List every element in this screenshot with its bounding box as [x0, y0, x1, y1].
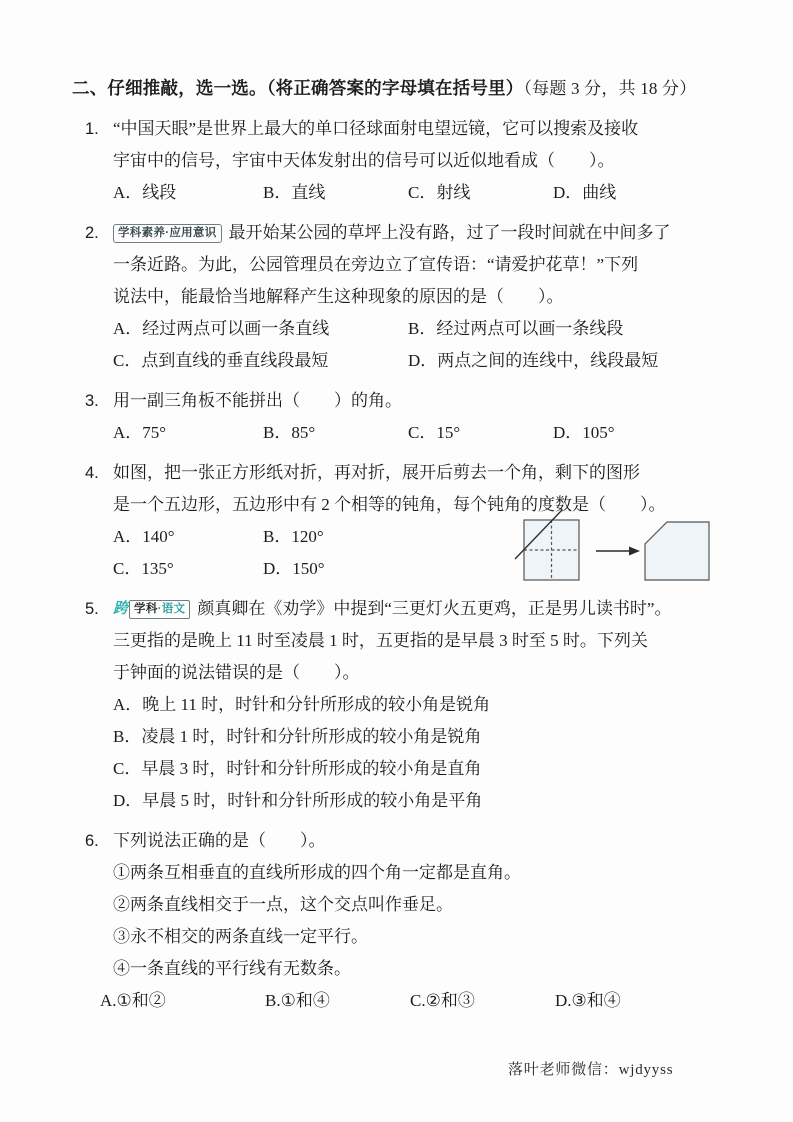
- q5-stem-line-1: 跨学科·语文颜真卿在《劝学》中提到“三更灯火五更鸡，正是男儿读书时”。: [113, 593, 753, 625]
- q2-stem-line-3: 说法中，能最恰当地解释产生这种现象的原因的是（ ）。: [113, 281, 753, 313]
- q3-option-c: C．15°: [408, 417, 553, 449]
- q4-option-a: A．140°: [113, 521, 263, 553]
- question-1-number: 1.: [85, 113, 113, 209]
- section-score: （每题 3 分，共 18 分）: [523, 79, 696, 98]
- pentagon-diagram: [645, 522, 709, 580]
- q2-option-c: C．点到直线的垂直线段最短: [113, 345, 408, 377]
- q6-option-a: A.①和②: [100, 985, 265, 1017]
- q2-options-row-1: A．经过两点可以画一条直线 B．经过两点可以画一条线段: [113, 313, 753, 345]
- footer-contact: 落叶老师微信：wjdyyss: [508, 1058, 673, 1079]
- section-header: 二、仔细推敲，选一选。（将正确答案的字母填在括号里）（每题 3 分，共 18 分…: [72, 72, 753, 105]
- q3-option-b: B．85°: [263, 417, 408, 449]
- q2-stem-line-1: 学科素养·应用意识最开始某公园的草坪上没有路，过了一段时间就在中间多了: [113, 217, 753, 249]
- q6-option-c: C.②和③: [410, 985, 555, 1017]
- q3-options: A．75° B．85° C．15° D．105°: [113, 417, 753, 449]
- section-title: 二、仔细推敲，选一选。（将正确答案的字母填在括号里）: [72, 78, 523, 98]
- question-4: 4. 如图，把一张正方形纸对折，再对折，展开后剪去一个角，剩下的图形 是一个五边…: [72, 457, 753, 585]
- page: 二、仔细推敲，选一选。（将正确答案的字母填在括号里）（每题 3 分，共 18 分…: [0, 0, 793, 1017]
- question-2-number: 2.: [85, 217, 113, 377]
- q1-option-a: A．线段: [113, 177, 263, 209]
- question-2: 2. 学科素养·应用意识最开始某公园的草坪上没有路，过了一段时间就在中间多了 一…: [72, 217, 753, 377]
- question-4-number: 4.: [85, 457, 113, 585]
- question-6: 6. 下列说法正确的是（ ）。 ①两条互相垂直的直线所形成的四个角一定都是直角。…: [72, 825, 753, 1017]
- q4-stem-line-1: 如图，把一张正方形纸对折，再对折，展开后剪去一个角，剩下的图形: [113, 457, 753, 489]
- q4-option-b: B．120°: [263, 521, 324, 553]
- arrow-icon: [596, 547, 640, 556]
- q5-stem-line-2: 三更指的是晚上 11 时至凌晨 1 时，五更指的是早晨 3 时至 5 时。下列关: [113, 625, 753, 657]
- question-3: 3. 用一副三角板不能拼出（ ）的角。 A．75° B．85° C．15° D．…: [72, 385, 753, 449]
- q5-option-c: C．早晨 3 时，时针和分针所形成的较小角是直角: [113, 753, 753, 785]
- q6-statement-3: ③永不相交的两条直线一定平行。: [113, 921, 753, 953]
- badge-subject-label: 学科: [134, 603, 158, 615]
- q6-option-b: B.①和④: [265, 985, 410, 1017]
- question-1: 1. “中国天眼”是世界上最大的单口径球面射电望远镜，它可以搜索及接收 宇宙中的…: [72, 113, 753, 209]
- q2-option-d: D．两点之间的连线中，线段最短: [408, 345, 658, 377]
- q2-options-row-2: C．点到直线的垂直线段最短 D．两点之间的连线中，线段最短: [113, 345, 753, 377]
- q2-option-a: A．经过两点可以画一条直线: [113, 313, 408, 345]
- q1-options: A．线段 B．直线 C．射线 D．曲线: [113, 177, 753, 209]
- q2-stem-line-2: 一条近路。为此，公园管理员在旁边立了宣传语：“请爱护花草！”下列: [113, 249, 753, 281]
- question-3-number: 3.: [85, 385, 113, 449]
- q1-stem-line-1: “中国天眼”是世界上最大的单口径球面射电望远镜，它可以搜索及接收: [113, 113, 753, 145]
- q6-statement-4: ④一条直线的平行线有无数条。: [113, 953, 753, 985]
- fold-and-cut-figure: [512, 499, 722, 591]
- q1-option-c: C．射线: [408, 177, 553, 209]
- q3-option-d: D．105°: [553, 417, 615, 449]
- question-5-number: 5.: [85, 593, 113, 817]
- q1-option-b: B．直线: [263, 177, 408, 209]
- subject-literacy-badge: 学科素养·应用意识: [113, 224, 222, 243]
- q4-option-d: D．150°: [263, 553, 325, 585]
- q6-statement-2: ②两条直线相交于一点，这个交点叫作垂足。: [113, 889, 753, 921]
- q5-option-a: A．晚上 11 时，时针和分针所形成的较小角是锐角: [113, 689, 753, 721]
- q5-option-d: D．早晨 5 时，时针和分针所形成的较小角是平角: [113, 785, 753, 817]
- cross-discipline-badge-prefix: 跨: [113, 600, 128, 617]
- q6-options: A.①和② B.①和④ C.②和③ D.③和④: [100, 985, 753, 1017]
- q2-stem-text-1: 最开始某公园的草坪上没有路，过了一段时间就在中间多了: [229, 223, 671, 242]
- q5-option-b: B．凌晨 1 时，时针和分针所形成的较小角是锐角: [113, 721, 753, 753]
- q5-stem-line-3: 于钟面的说法错误的是（ ）。: [113, 657, 753, 689]
- folded-square-diagram: [515, 510, 579, 580]
- q3-stem: 用一副三角板不能拼出（ ）的角。: [113, 385, 753, 417]
- q2-option-b: B．经过两点可以画一条线段: [408, 313, 623, 345]
- q4-option-c: C．135°: [113, 553, 263, 585]
- cross-discipline-badge: 学科·语文: [129, 600, 190, 619]
- q5-stem-text-1: 颜真卿在《劝学》中提到“三更灯火五更鸡，正是男儿读书时”。: [197, 599, 671, 618]
- q6-statement-1: ①两条互相垂直的直线所形成的四个角一定都是直角。: [113, 857, 753, 889]
- q3-option-a: A．75°: [113, 417, 263, 449]
- q1-stem-line-2: 宇宙中的信号，宇宙中天体发射出的信号可以近似地看成（ ）。: [113, 145, 753, 177]
- q6-stem: 下列说法正确的是（ ）。: [113, 825, 753, 857]
- q1-option-d: D．曲线: [553, 177, 616, 209]
- q6-option-d: D.③和④: [555, 985, 621, 1017]
- badge-chinese-label: ·语文: [158, 603, 186, 615]
- question-5: 5. 跨学科·语文颜真卿在《劝学》中提到“三更灯火五更鸡，正是男儿读书时”。 三…: [72, 593, 753, 817]
